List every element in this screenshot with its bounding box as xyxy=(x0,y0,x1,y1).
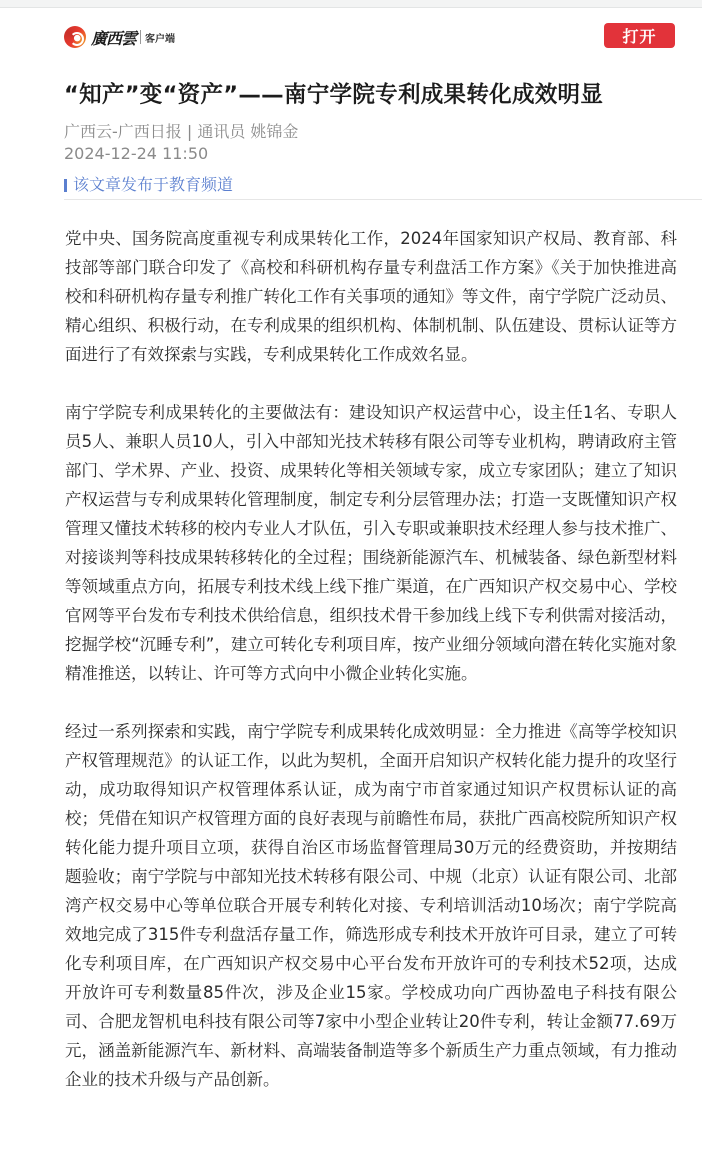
article-paragraph: 党中央、国务院高度重视专利成果转化工作，2024年国家知识产权局、教育部、科技部… xyxy=(65,224,677,369)
logo-subtitle: 客户端 xyxy=(145,30,175,45)
article-title: “知产”变“资产”——南宁学院专利成果转化成效明显 xyxy=(64,80,664,110)
article-datetime: 2024-12-24 11:50 xyxy=(64,143,298,165)
app-header: 廣西雲 客户端 打开 xyxy=(0,9,702,61)
logo-divider xyxy=(140,30,141,44)
guangxi-cloud-swirl-icon xyxy=(64,26,86,48)
article-source: 广西云-广西日报 | 通讯员 姚锦金 xyxy=(64,122,298,141)
channel-note-label: 该文章发布于教育频道 xyxy=(73,174,233,196)
header-divider xyxy=(64,199,702,200)
logo-name: 廣西雲 xyxy=(91,26,136,49)
open-in-app-button[interactable]: 打开 xyxy=(604,23,675,48)
browser-top-edge xyxy=(0,0,702,8)
channel-marker-icon xyxy=(64,179,67,192)
article-paragraph: 南宁学院专利成果转化的主要做法有：建设知识产权运营中心，设主任1名、专职人员5人… xyxy=(65,398,677,688)
app-logo[interactable]: 廣西雲 客户端 xyxy=(64,25,175,49)
article-meta: 广西云-广西日报 | 通讯员 姚锦金 2024-12-24 11:50 xyxy=(64,121,298,165)
article-paragraph: 经过一系列探索和实践，南宁学院专利成果转化成效明显：全力推进《高等学校知识产权管… xyxy=(65,717,677,1094)
channel-note[interactable]: 该文章发布于教育频道 xyxy=(64,174,233,196)
article-body: 党中央、国务院高度重视专利成果转化工作，2024年国家知识产权局、教育部、科技部… xyxy=(65,224,677,1123)
